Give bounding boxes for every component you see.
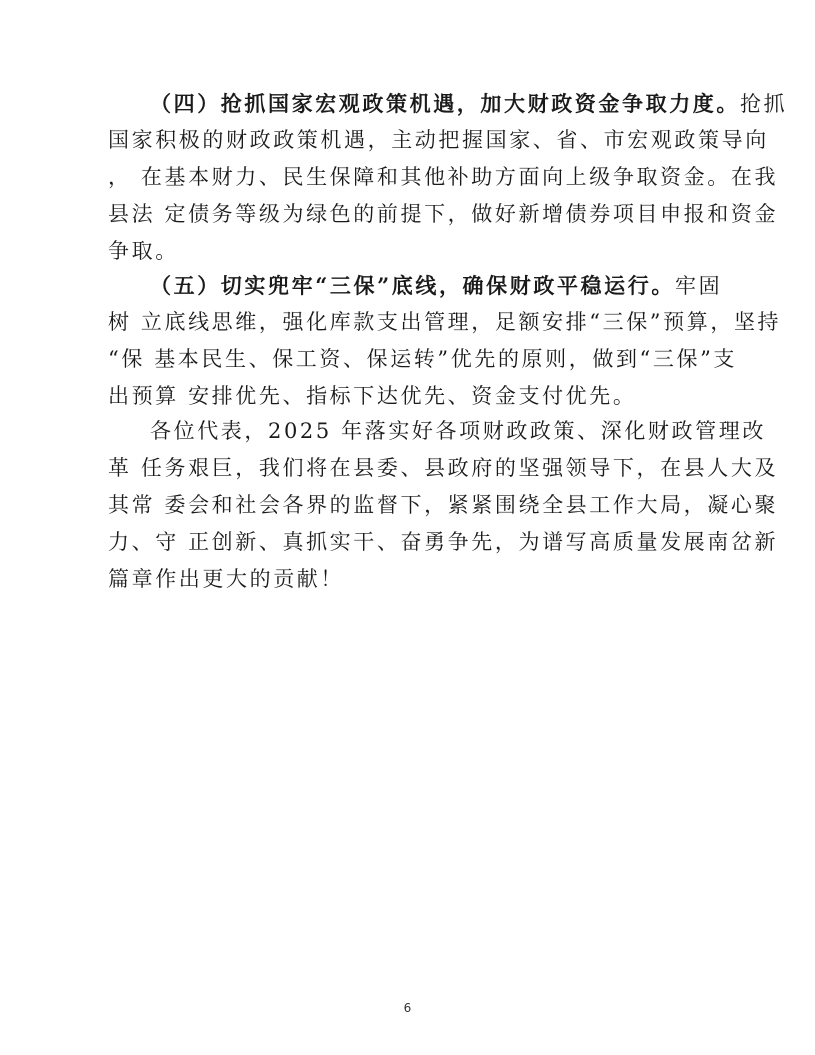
section-heading: （五）切实兜牢“三保”底线，确保财政平稳运行。 [150, 273, 675, 298]
text-line: “保 基本民生、保工资、保运转”优先的原则，做到“三保”支 [108, 341, 718, 378]
text-line: 力、守 正创新、真抓实干、奋勇争先，为谱写高质量发展南岔新 [108, 524, 718, 561]
text-line: 县法 定债务等级为绿色的前提下，做好新增债券项目申报和资金 [108, 196, 718, 233]
text-line: 出预算 安排优先、指标下达优先、资金支付优先。 [108, 378, 718, 415]
text-line: ， 在基本财力、民生保障和其他补助方面向上级争取资金。在我 [108, 159, 718, 196]
text-run: 抢抓 [740, 92, 787, 116]
text-line: 革 任务艰巨，我们将在县委、县政府的坚强领导下，在县人大及 [108, 450, 718, 487]
paragraph-section-5: （五）切实兜牢“三保”底线，确保财政平稳运行。牢固 树 立底线思维，强化库款支出… [108, 267, 718, 415]
page-number: 6 [0, 1001, 815, 1015]
text-line: （四）抢抓国家宏观政策机遇，加大财政资金争取力度。抢抓 [108, 85, 718, 122]
text-line: 各位代表，2025 年落实好各项财政政策、深化财政管理改 [108, 413, 718, 450]
text-line: 树 立底线思维，强化库款支出管理，足额安排“三保”预算，坚持 [108, 304, 718, 341]
text-line: 其常 委会和社会各界的监督下，紧紧围绕全县工作大局，凝心聚 [108, 487, 718, 524]
paragraph-section-4: （四）抢抓国家宏观政策机遇，加大财政资金争取力度。抢抓 国家积极的财政政策机遇，… [108, 85, 718, 270]
text-line: 争取。 [108, 233, 718, 270]
text-line: （五）切实兜牢“三保”底线，确保财政平稳运行。牢固 [108, 267, 718, 304]
text-line: 国家积极的财政政策机遇，主动把握国家、省、市宏观政策导向 [108, 122, 718, 159]
paragraph-closing: 各位代表，2025 年落实好各项财政政策、深化财政管理改 革 任务艰巨，我们将在… [108, 413, 718, 598]
section-heading: （四）抢抓国家宏观政策机遇，加大财政资金争取力度。 [150, 91, 740, 116]
text-run: 牢固 [675, 274, 722, 298]
document-page: （四）抢抓国家宏观政策机遇，加大财政资金争取力度。抢抓 国家积极的财政政策机遇，… [0, 0, 815, 1055]
text-line: 篇章作出更大的贡献！ [108, 561, 718, 598]
